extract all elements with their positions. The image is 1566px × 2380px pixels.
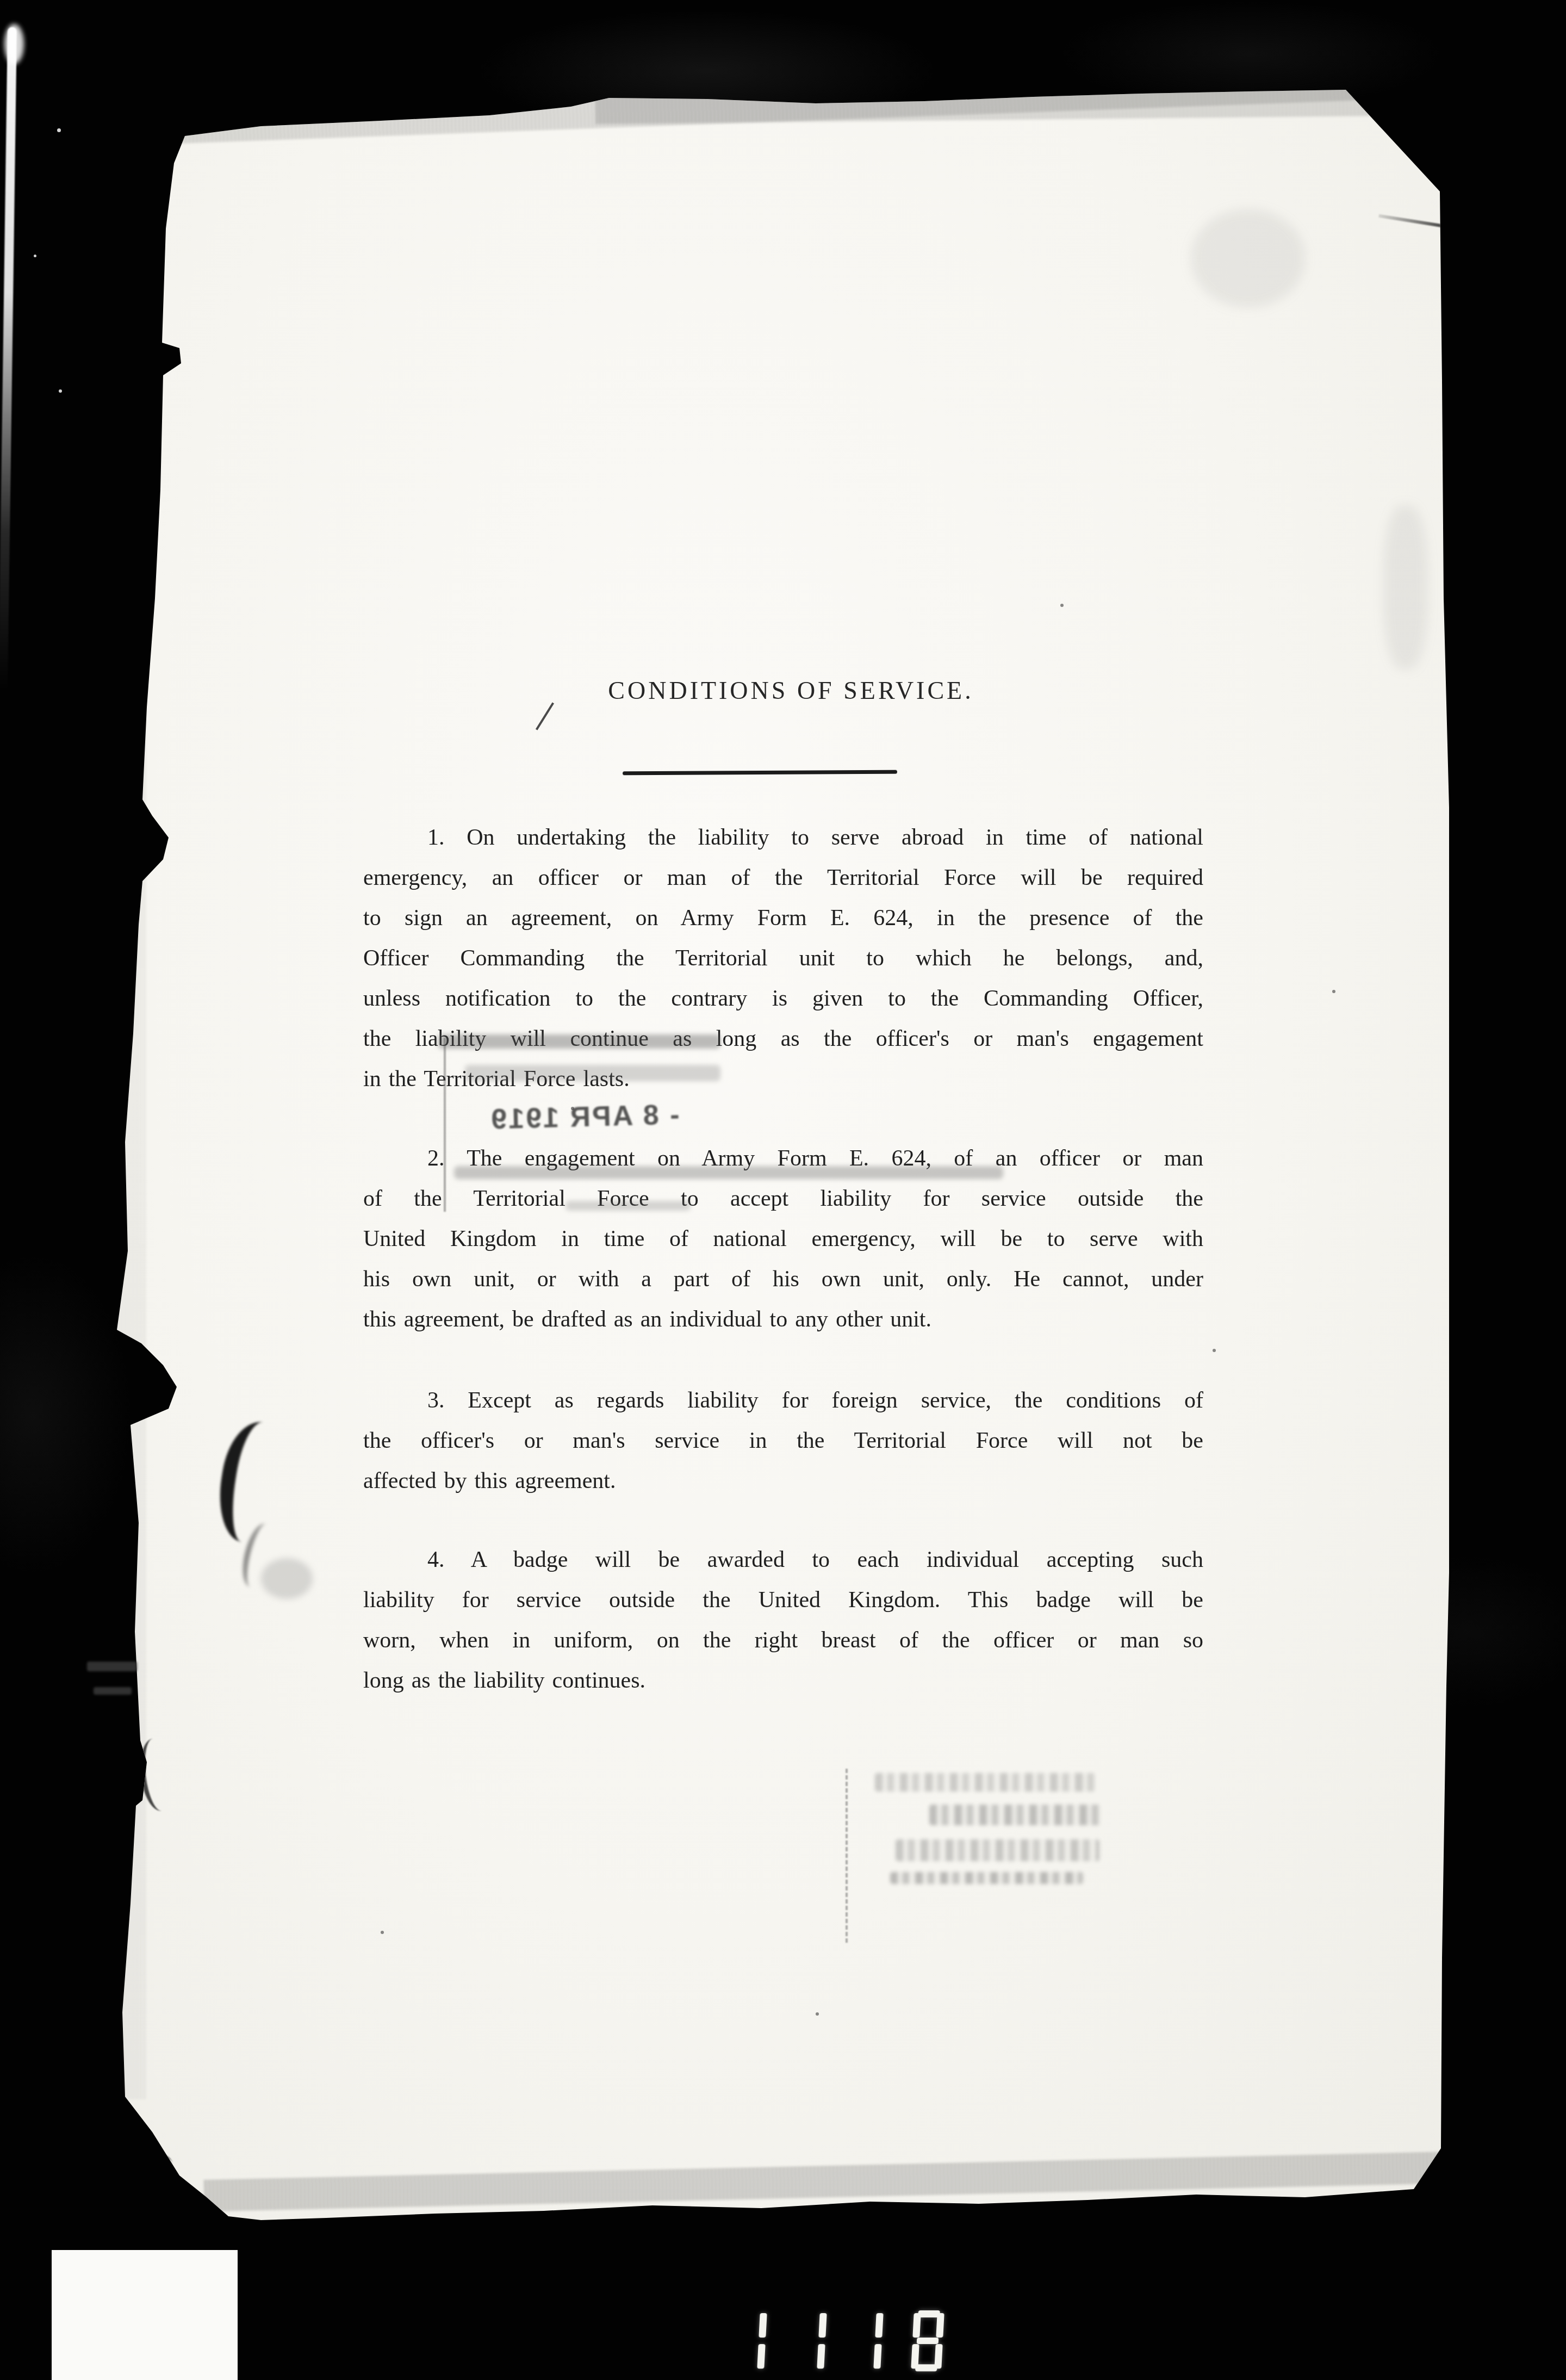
paragraph-3-line: affected by this agreement. xyxy=(363,1461,1203,1501)
scratch-mark xyxy=(536,702,554,730)
gray-smudge-blob xyxy=(261,1558,313,1599)
paragraph-1-line: Officer Commanding the Territorial unit … xyxy=(363,938,1203,978)
film-edge-mark xyxy=(87,1662,137,1671)
stamp-line-illegible xyxy=(890,1872,1083,1884)
corner-shading xyxy=(1191,209,1305,307)
paragraph-4-line: worn, when in uniform, on the right brea… xyxy=(363,1620,1203,1660)
paper-speck xyxy=(571,1107,574,1110)
torn-top-edge-fringe xyxy=(84,60,1498,147)
paper-speck xyxy=(1213,1349,1216,1352)
paper-speck xyxy=(381,1931,384,1934)
paragraph-1-line: emergency, an officer or man of the Terr… xyxy=(363,858,1203,898)
scanner-light-streak-top xyxy=(4,24,24,64)
paragraph-3-line: 3. Except as regards liability for forei… xyxy=(363,1380,1203,1421)
date-stamp-mirrored: - 8 APR 1919 xyxy=(486,1092,683,1142)
paragraph-3-line: the officer's or man's service in the Te… xyxy=(363,1421,1203,1461)
torn-top-edge-fringe-right xyxy=(595,87,1465,125)
paper-speck xyxy=(1060,604,1064,607)
paragraph-3: 3. Except as regards liability for forei… xyxy=(363,1380,1203,1501)
ink-blotch xyxy=(212,1417,285,1546)
page-title: CONDITIONS OF SERVICE. xyxy=(363,676,1203,705)
paragraph-2-line: this agreement, be drafted as an individ… xyxy=(363,1299,1203,1340)
frame-counter-digit xyxy=(911,2310,944,2371)
torn-left-edge-fringe xyxy=(116,250,146,2099)
ink-smudge xyxy=(565,1201,691,1211)
ink-smudge xyxy=(465,1065,720,1081)
frame-counter-digit xyxy=(793,2310,827,2371)
frame-counter-digit xyxy=(734,2310,767,2371)
corner-crease-line xyxy=(1378,214,1442,227)
paragraph-2-line: his own unit, or with a part of his own … xyxy=(363,1259,1203,1299)
paragraph-4-line: 4. A badge will be awarded to each indiv… xyxy=(363,1540,1203,1580)
ink-smudge xyxy=(438,1034,720,1049)
film-frame-marker-card xyxy=(52,2250,238,2380)
paper-speck xyxy=(816,2012,819,2016)
paragraph-4-line: long as the liability continues. xyxy=(363,1660,1203,1701)
stamp-box-edge-line xyxy=(444,1038,446,1212)
stamp-line-illegible xyxy=(875,1773,1095,1792)
pen-arc-mark xyxy=(136,1737,178,1813)
title-divider-rule xyxy=(623,770,897,776)
frame-counter-digit xyxy=(850,2310,884,2371)
edge-shading xyxy=(1384,506,1427,669)
paragraph-1-line: unless notification to the contrary is g… xyxy=(363,978,1203,1019)
film-speck xyxy=(59,389,62,393)
paragraph-1: 1. On undertaking the liability to serve… xyxy=(363,817,1203,1099)
stamp-line-illegible xyxy=(929,1805,1101,1825)
paragraph-2-line: United Kingdom in time of national emerg… xyxy=(363,1219,1203,1259)
torn-bottom-edge-fringe xyxy=(203,2152,1455,2211)
pen-hook-mark xyxy=(132,2149,177,2187)
frame-counter xyxy=(735,2310,1018,2373)
ink-smudge xyxy=(454,1166,1003,1179)
film-speck xyxy=(34,255,36,257)
illegible-mirrored-stamp xyxy=(846,1769,1109,1943)
scanner-light-streak xyxy=(0,27,17,691)
film-speck xyxy=(57,128,61,132)
paragraph-1-line: to sign an agreement, on Army Form E. 62… xyxy=(363,898,1203,938)
paragraph-2-line: of the Territorial Force to accept liabi… xyxy=(363,1179,1203,1219)
paragraph-4-line: liability for service outside the United… xyxy=(363,1580,1203,1620)
film-edge-mark xyxy=(94,1687,132,1695)
paragraph-4: 4. A badge will be awarded to each indiv… xyxy=(363,1540,1203,1701)
document-page: CONDITIONS OF SERVICE. 1. On undertaking… xyxy=(106,87,1449,2233)
stamp-line-illegible xyxy=(896,1839,1099,1861)
paragraph-1-line: 1. On undertaking the liability to serve… xyxy=(363,817,1203,858)
microfilm-scan: CONDITIONS OF SERVICE. 1. On undertaking… xyxy=(0,0,1566,2380)
paper-speck xyxy=(1332,990,1335,993)
